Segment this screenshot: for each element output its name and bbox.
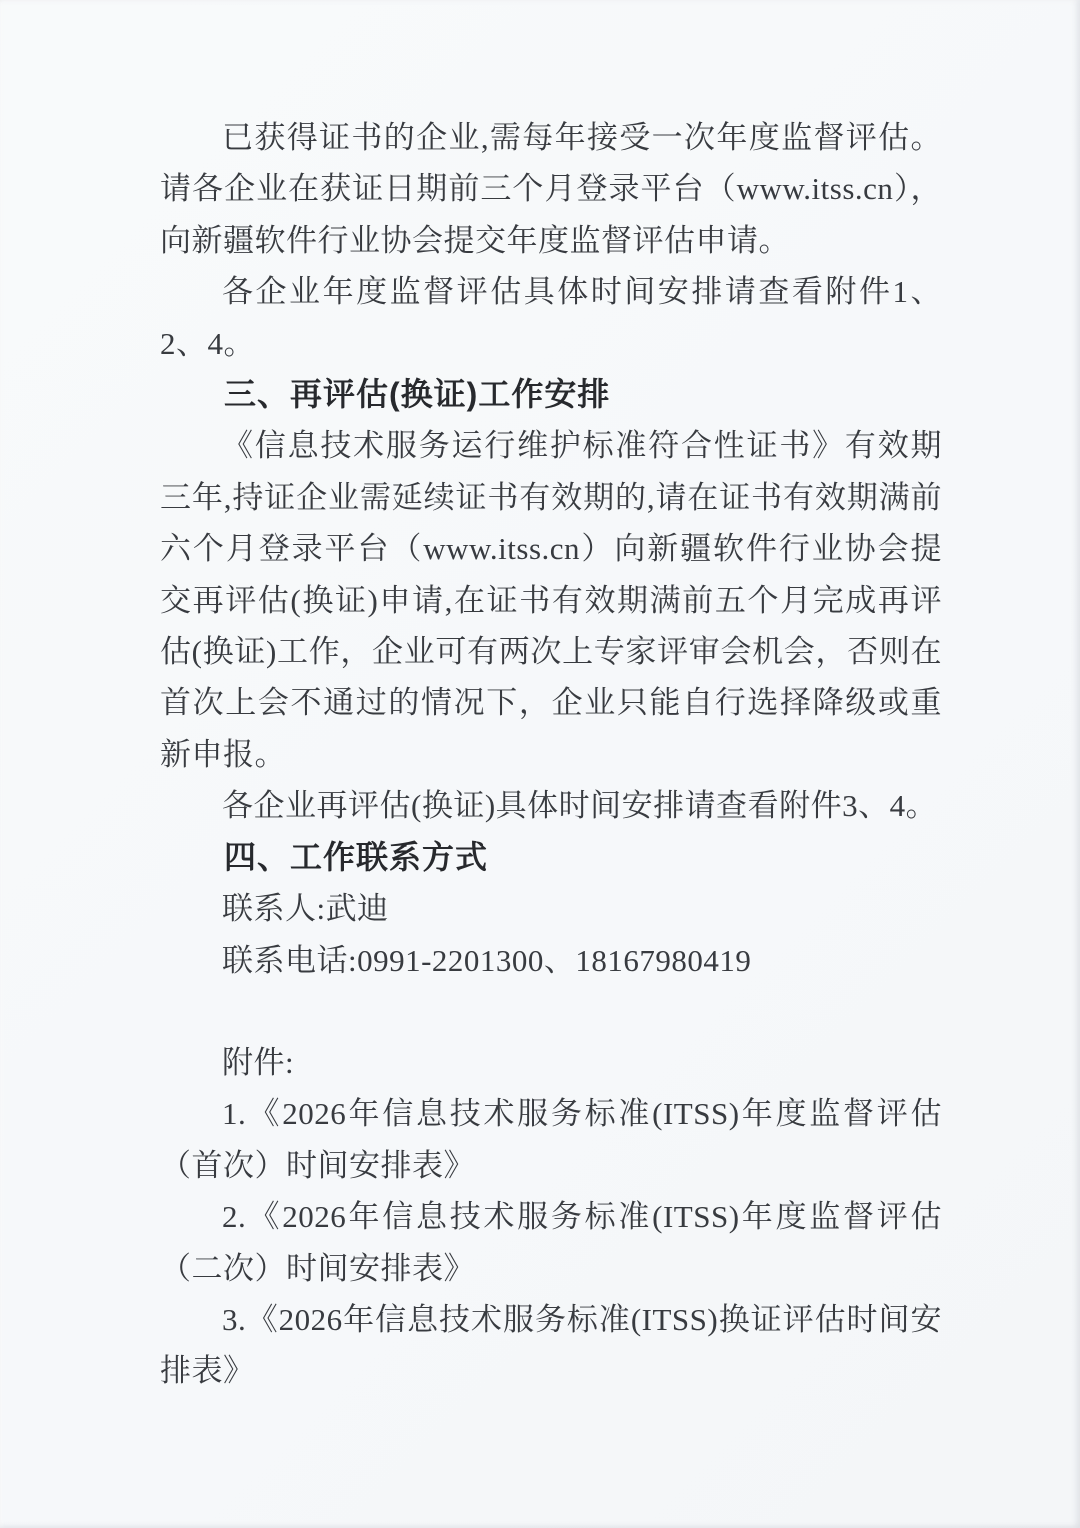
- attachment-item-3: 3.《2026年信息技术服务标准(ITSS)换证评估时间安排表》: [160, 1294, 942, 1397]
- contact-phone: 联系电话:0991-2201300、18167980419: [160, 935, 942, 986]
- attachment-item-1: 1.《2026年信息技术服务标准(ITSS)年度监督评估（首次）时间安排表》: [160, 1088, 942, 1191]
- paragraph-annual-supervision-schedule: 各企业年度监督评估具体时间安排请查看附件1、2、4。: [160, 266, 942, 369]
- paragraph-annual-supervision-intro: 已获得证书的企业,需每年接受一次年度监督评估。请各企业在获证日期前三个月登录平台…: [160, 112, 942, 266]
- attachment-item-2: 2.《2026年信息技术服务标准(ITSS)年度监督评估（二次）时间安排表》: [160, 1191, 942, 1294]
- paragraph-reassessment-schedule: 各企业再评估(换证)具体时间安排请查看附件3、4。: [160, 780, 942, 831]
- section-heading-reassessment: 三、再评估(换证)工作安排: [160, 369, 942, 420]
- contact-person: 联系人:武迪: [160, 883, 942, 934]
- section-heading-contact: 四、工作联系方式: [160, 832, 942, 883]
- attachments-label: 附件:: [160, 1037, 942, 1088]
- document-page: 已获得证书的企业,需每年接受一次年度监督评估。请各企业在获证日期前三个月登录平台…: [0, 0, 1080, 1528]
- paragraph-reassessment-detail: 《信息技术服务运行维护标准符合性证书》有效期三年,持证企业需延续证书有效期的,请…: [160, 420, 942, 780]
- document-content: 已获得证书的企业,需每年接受一次年度监督评估。请各企业在获证日期前三个月登录平台…: [160, 112, 942, 1397]
